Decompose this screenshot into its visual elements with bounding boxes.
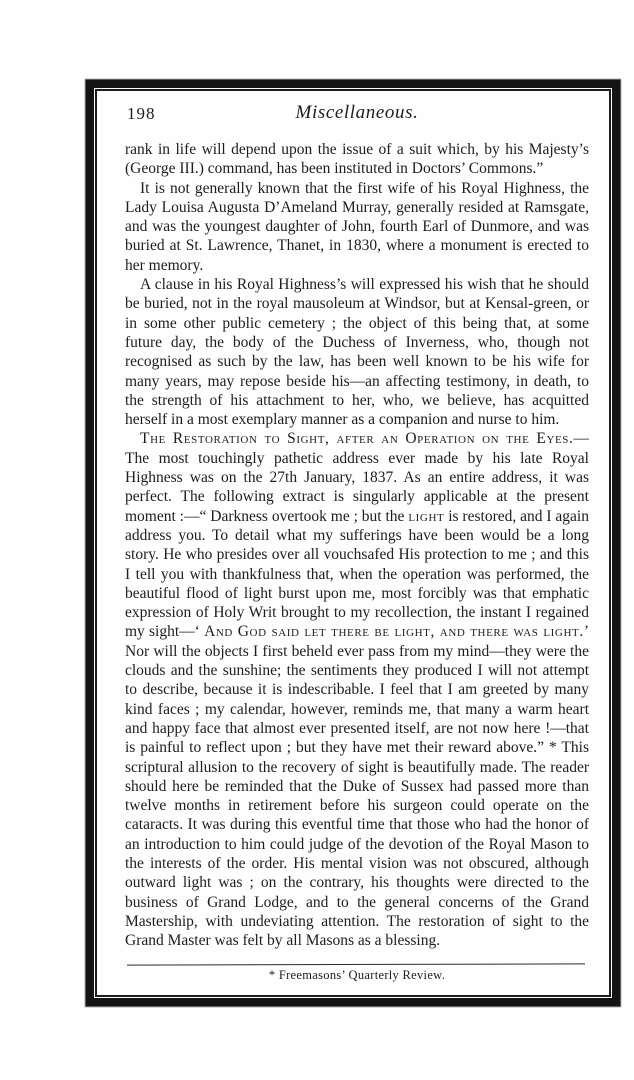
- paragraph: It is not generally known that the first…: [125, 179, 589, 275]
- paragraph: The Restoration to Sight, after an Opera…: [125, 429, 589, 950]
- footnote-area: * Freemasons’ Quarterly Review.: [125, 964, 589, 987]
- page-border-frame: 198 Miscellaneous. rank in life will dep…: [86, 80, 620, 1006]
- small-caps-segment: And God said let there be light, and the…: [204, 623, 584, 640]
- footnote: * Freemasons’ Quarterly Review.: [125, 968, 589, 987]
- text-segment: is restored, and I again address you. To…: [125, 508, 589, 641]
- text-segment: rank in life will depend upon the issue …: [125, 141, 589, 177]
- paragraph: rank in life will depend upon the issue …: [125, 140, 589, 179]
- small-caps-segment: light: [408, 508, 444, 525]
- page-inner-frame: 198 Miscellaneous. rank in life will dep…: [95, 89, 611, 997]
- page-header: 198 Miscellaneous.: [125, 102, 589, 128]
- text-segment: It is not generally known that the first…: [125, 180, 589, 274]
- body-text: rank in life will depend upon the issue …: [125, 140, 589, 962]
- text-segment: ’ Nor will the objects I first beheld ev…: [125, 623, 589, 949]
- small-caps-segment: The Restoration to Sight, after an Opera…: [140, 430, 574, 447]
- scanned-book-page: 198 Miscellaneous. rank in life will dep…: [0, 0, 634, 1080]
- footnote-divider: [127, 963, 585, 965]
- paragraph: A clause in his Royal Highness’s will ex…: [125, 275, 589, 429]
- text-segment: A clause in his Royal Highness’s will ex…: [125, 276, 589, 428]
- running-title: Miscellaneous.: [125, 102, 589, 124]
